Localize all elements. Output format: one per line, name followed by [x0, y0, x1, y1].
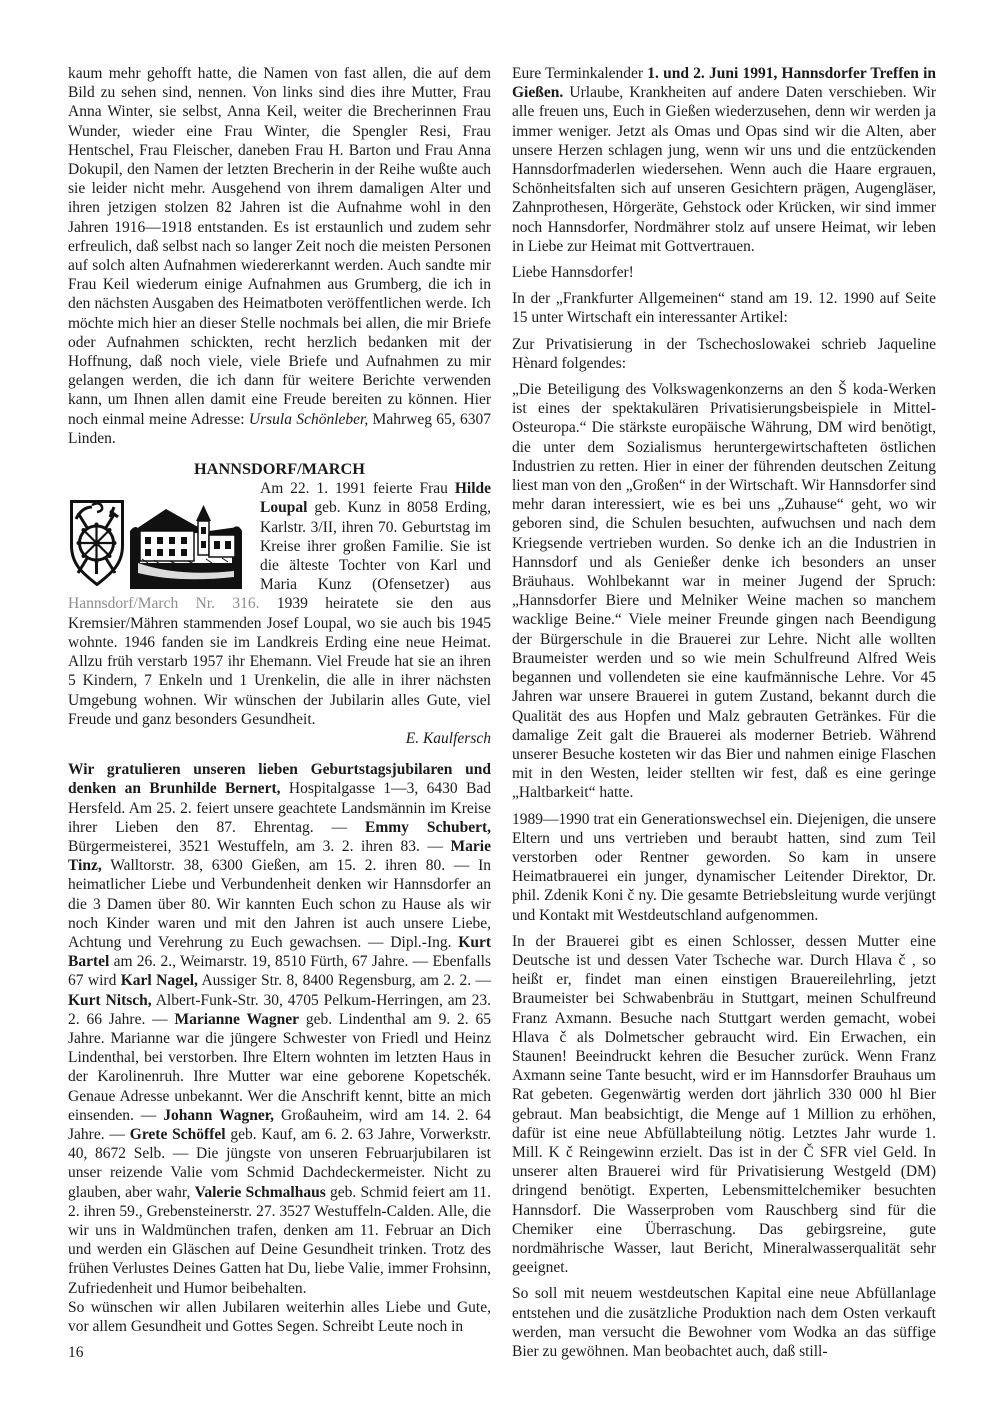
right-column: Eure Terminkalender 1. und 2. Juni 1991,…: [512, 64, 936, 1361]
paragraph-privatisierung-intro: Zur Privatisierung in der Tschechoslowak…: [512, 335, 936, 373]
figure-block: [68, 479, 242, 589]
paragraph-westdeutsches-kapital: So soll mit neuem westdeutschen Kapital …: [512, 1284, 936, 1361]
paragraph-brauerei-schlosser: In der Brauerei gibt es einen Schlosser,…: [512, 932, 936, 1278]
paragraph-grumberg-photos: kaum mehr gehofft hatte, die Namen von f…: [68, 64, 491, 448]
salutation-liebe-hannsdorfer: Liebe Hannsdorfer!: [512, 263, 936, 282]
village-drawing-image: [130, 501, 242, 589]
paragraph-closing-wishes: So wünschen wir allen Jubilaren weiterhi…: [68, 1298, 491, 1336]
signature-kaulfersch: E. Kaulfersch: [68, 729, 491, 748]
paragraph-treffen-giessen: Eure Terminkalender 1. und 2. Juni 1991,…: [512, 64, 936, 256]
section-heading-hannsdorf-march: HANNSDORF/MARCH: [68, 459, 491, 478]
page-number: 16: [68, 1344, 84, 1362]
paragraph-generationswechsel: 1989—1990 trat ein Generationswechsel ei…: [512, 810, 936, 925]
newsletter-page: kaum mehr gehofft hatte, die Namen von f…: [0, 0, 1000, 1425]
paragraph-birthday-jubilees: Wir gratulieren unseren lieben Geburtsta…: [68, 760, 491, 1298]
coat-of-arms-image: [68, 497, 126, 589]
paragraph-faz-article: In der „Frankfurter Allgemeinen“ stand a…: [512, 289, 936, 327]
paragraph-skoda-brauhaus: „Die Beteiligung des Volkswagenkonzerns …: [512, 380, 936, 802]
paragraph-hilde-loupal: Am 22. 1. 1991 feierte Frau Hilde Loupal…: [68, 479, 491, 729]
left-column: kaum mehr gehofft hatte, die Namen von f…: [68, 64, 491, 1336]
